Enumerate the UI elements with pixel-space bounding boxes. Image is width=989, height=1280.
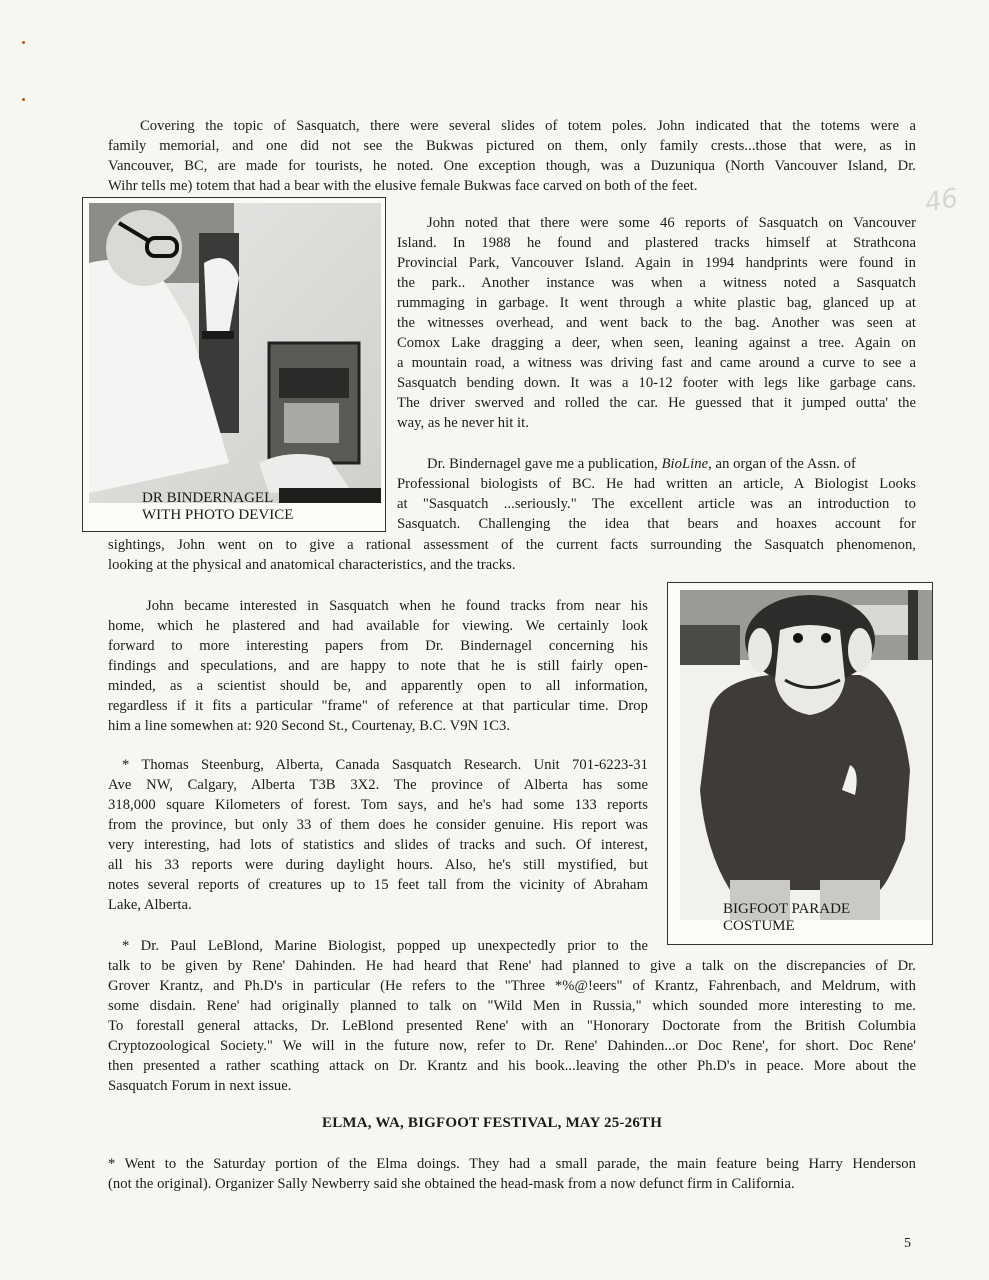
text-line: looking at the physical and anatomical c…: [108, 556, 516, 574]
text-line: at "Sasquatch ...seriously." The excelle…: [397, 495, 916, 513]
text-line: sightings, John went on to give a ration…: [108, 536, 916, 554]
margin-mark: [22, 41, 25, 44]
text-line: regardless if it fits a particular "fram…: [108, 697, 648, 715]
caption-line: BIGFOOT PARADE: [723, 901, 850, 918]
text-line: Lake, Alberta.: [108, 896, 192, 914]
margin-mark: [22, 98, 25, 101]
text-line: Covering the topic of Sasquatch, there w…: [108, 117, 916, 135]
text-line: forward to more interesting papers from …: [108, 637, 648, 655]
text-line: Cryptozoological Society." We will in th…: [108, 1037, 916, 1055]
text-line: home, which he plastered and had availab…: [108, 617, 648, 635]
text-line: Professional biologists of BC. He had wr…: [397, 475, 916, 493]
text-line: all his 33 reports were during daylight …: [108, 856, 648, 874]
text-line: John noted that there were some 46 repor…: [397, 214, 916, 232]
text-line: some disdain. Rene' had originally plann…: [108, 997, 916, 1015]
text-line: The driver swerved and rolled the car. H…: [397, 394, 916, 412]
photo-bindernagel: DR BINDERNAGEL WITH PHOTO DEVICE: [82, 197, 386, 532]
text-line: talk to be given by Rene' Dahinden. He h…: [108, 957, 916, 975]
page-number: 5: [904, 1236, 911, 1252]
text-line: Ave NW, Calgary, Alberta T3B 3X2. The pr…: [108, 776, 648, 794]
text-line: a mountain road, a witness was driving f…: [397, 354, 916, 372]
text-line: John became interested in Sasquatch when…: [108, 597, 648, 615]
text-line: 318,000 square Kilometers of forest. Tom…: [108, 796, 648, 814]
text-line: (not the original). Organizer Sally Newb…: [108, 1175, 795, 1193]
text-line: Vancouver, BC, are made for tourists, he…: [108, 157, 916, 175]
photo-bigfoot-image: [680, 590, 932, 920]
text-line: rummaging in garbage. It went through a …: [397, 294, 916, 312]
text-line: notes several reports of creatures up to…: [108, 876, 648, 894]
handwritten-annotation: 46: [923, 183, 961, 218]
photo-bigfoot-costume: BIGFOOT PARADE COSTUME: [667, 582, 933, 945]
text-line: minded, as a scientist should be, and ap…: [108, 677, 648, 695]
text-line: the park.. Another instance was when a w…: [397, 274, 916, 292]
text-line: then presented a rather scathing attack …: [108, 1057, 916, 1075]
text-line: way, as he never hit it.: [397, 414, 529, 432]
text-line: Sasquatch. Challenging the idea that bea…: [397, 515, 916, 533]
caption-line: WITH PHOTO DEVICE: [142, 507, 293, 524]
photo-caption: BIGFOOT PARADE COSTUME: [723, 901, 850, 935]
text-span: , an organ of the Assn. of: [708, 456, 856, 472]
text-line: the witnesses overhead, and went back to…: [397, 314, 916, 332]
caption-line: COSTUME: [723, 918, 850, 935]
text-line: Sasquatch Forum in next issue.: [108, 1077, 292, 1095]
text-line: Sasquatch bending down. It was a 10-12 f…: [397, 374, 916, 392]
section-heading: ELMA, WA, BIGFOOT FESTIVAL, MAY 25-26TH: [322, 1114, 662, 1132]
photo-bindernagel-image: [89, 203, 381, 503]
text-line: very interesting, had lots of statistics…: [108, 836, 648, 854]
text-line: Provincial Park, Vancouver Island. Again…: [397, 254, 916, 272]
text-line: Comox Lake dragging a deer, when seen, l…: [397, 334, 916, 352]
text-line: Dr. Bindernagel gave me a publication, B…: [427, 455, 916, 473]
text-line: * Went to the Saturday portion of the El…: [108, 1155, 916, 1173]
text-line: Island. In 1988 he found and plastered t…: [397, 234, 916, 252]
caption-line: DR BINDERNAGEL: [142, 490, 293, 507]
text-line: family memorial, and one did not see the…: [108, 137, 916, 155]
text-line: findings and speculations, and are happy…: [108, 657, 648, 675]
text-line: * Dr. Paul LeBlond, Marine Biologist, po…: [108, 937, 648, 955]
text-line: Wihr tells me) totem that had a bear wit…: [108, 177, 698, 195]
text-span: Dr. Bindernagel gave me a publication,: [427, 456, 662, 472]
text-line: * Thomas Steenburg, Alberta, Canada Sasq…: [108, 756, 648, 774]
text-line: To forestall general attacks, Dr. LeBlon…: [108, 1017, 916, 1035]
text-line: him a line somewhen at: 920 Second St., …: [108, 717, 510, 735]
photo-caption: DR BINDERNAGEL WITH PHOTO DEVICE: [142, 490, 293, 524]
text-line: from the province, but only 33 of them d…: [108, 816, 648, 834]
text-line: Grover Krantz, and Ph.D's in particular …: [108, 977, 916, 995]
publication-title: BioLine: [662, 456, 709, 472]
